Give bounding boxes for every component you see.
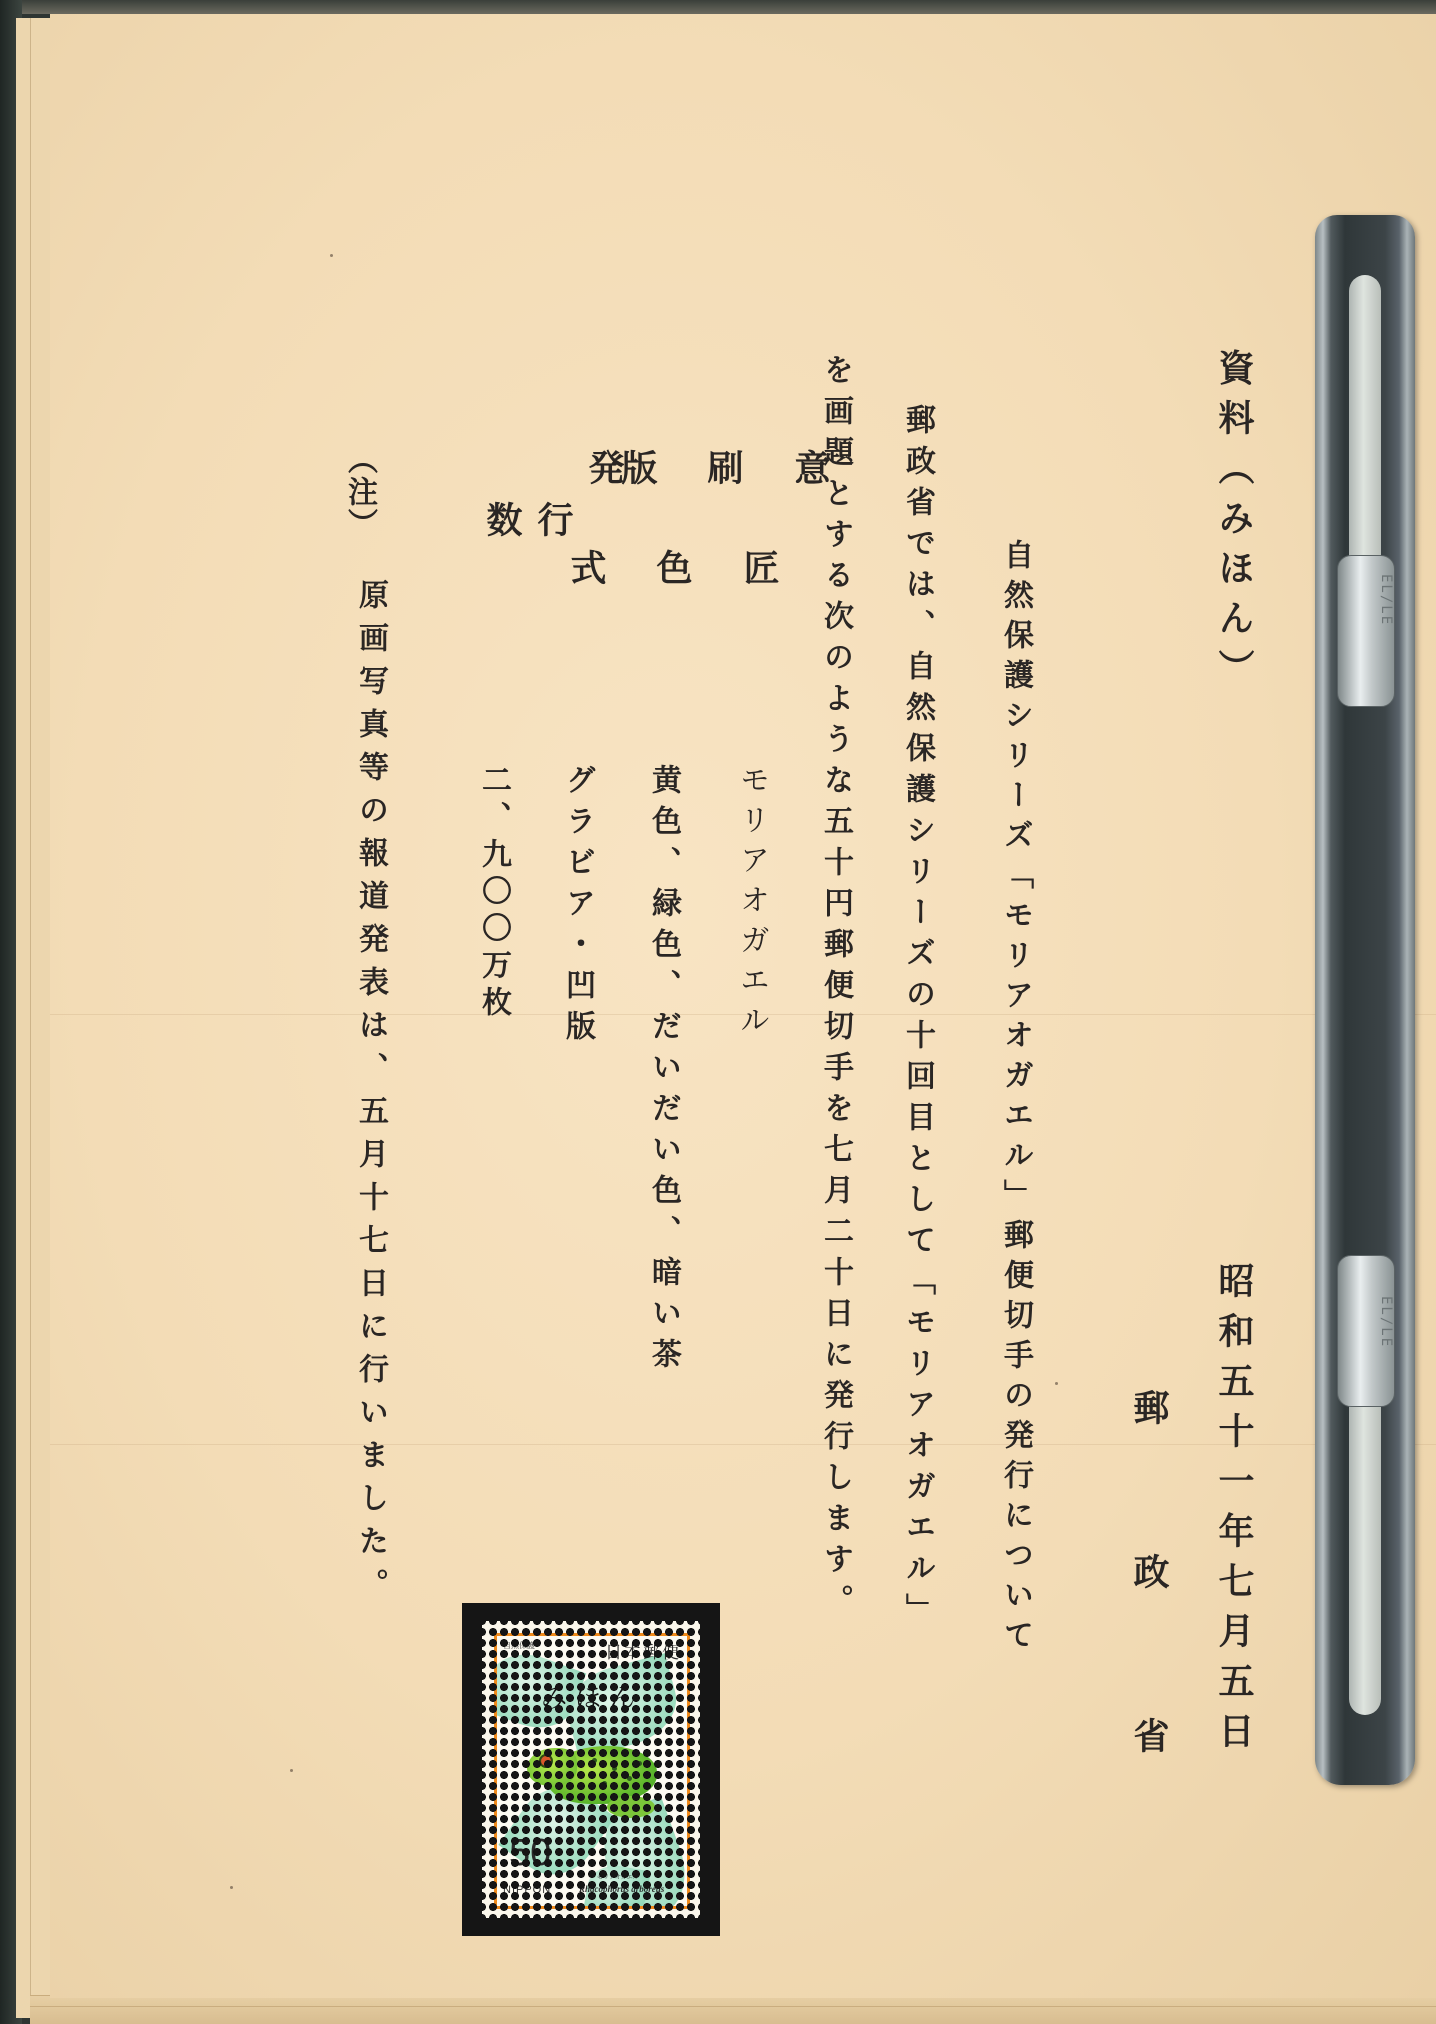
spec-label-issue-quantity: 発 行 数 [476,449,629,537]
scan-top-edge [0,0,1436,14]
spec-value-plate-type: グラビア・凹版 [562,764,592,1051]
frog-spot [637,1761,642,1766]
stamp-series-label: 自然保護 [503,1640,535,1651]
document-date: 昭和五十一年七月五日 [1215,1262,1251,1762]
page-stack-bottom-edge [30,1995,1436,2024]
paper-speck [1055,1382,1058,1385]
paper-speck [230,1886,233,1889]
spec-label-design: 意 匠 [733,449,835,585]
document-page: 資料（みほん） 昭和五十一年七月五日 郵 政 省 自然保護シリーズ「モリアオガエ… [50,14,1436,1998]
stamp-country-jp: 日本郵便 [605,1638,681,1663]
stamp-denomination: 50 [509,1832,551,1875]
stamp-species-latin: Rhacophorus arboreus [579,1884,664,1894]
document-header: 資料（みほん） [1215,349,1251,699]
spec-value-design: モリアオガエル [736,764,766,1044]
frog-spot [592,1758,597,1763]
stamp-country-en: NIPPON [503,1884,551,1896]
note-label: （注） [344,444,374,540]
paper-speck [330,254,333,257]
postage-stamp: 自然保護 日本郵便 みほん 50 NIPPON モリアオガエル Rhacopho… [482,1621,700,1918]
clip-mark: EL/LE [1338,1296,1394,1348]
spec-value-issue-quantity: 二、九〇〇万枚 [478,764,508,1023]
stamp-mount: 自然保護 日本郵便 みほん 50 NIPPON モリアオガエル Rhacopho… [462,1603,720,1936]
paper-speck [290,1769,293,1772]
frog-spot [602,1781,607,1786]
document-title: 自然保護シリーズ「モリアオガエル」郵便切手の発行について [1000,539,1030,1659]
frog-spot [612,1766,617,1771]
issuer-name: 郵 政 省 [1130,1389,1166,1799]
spec-value-print-color: 黄色、緑色、だいだい色、暗い茶 [648,764,678,1379]
stamp-sample-overprint: みほん [497,1678,687,1715]
clip-slider[interactable]: EL/LE [1337,1255,1395,1407]
frog-head [527,1748,577,1786]
stamp-species-jp: モリアオガエル [597,1872,639,1881]
clip-mark: EL/LE [1338,574,1394,626]
frog-spot [627,1776,632,1781]
note-text: 原画写真等の報道発表は、五月十七日に行いました。 [355,579,385,1611]
frog-leg [607,1796,655,1818]
binder-clip: EL/LE EL/LE [1315,215,1415,1785]
body-line-1: 郵政省では、自然保護シリーズの十回目として「モリアオガエル」 [902,404,932,1634]
clip-tongue [1349,275,1381,595]
clip-slider[interactable]: EL/LE [1337,555,1395,707]
clip-tongue [1349,1385,1381,1715]
frog-eye [539,1754,553,1768]
stamp-design: 自然保護 日本郵便 みほん 50 NIPPON モリアオガエル Rhacopho… [494,1633,690,1909]
